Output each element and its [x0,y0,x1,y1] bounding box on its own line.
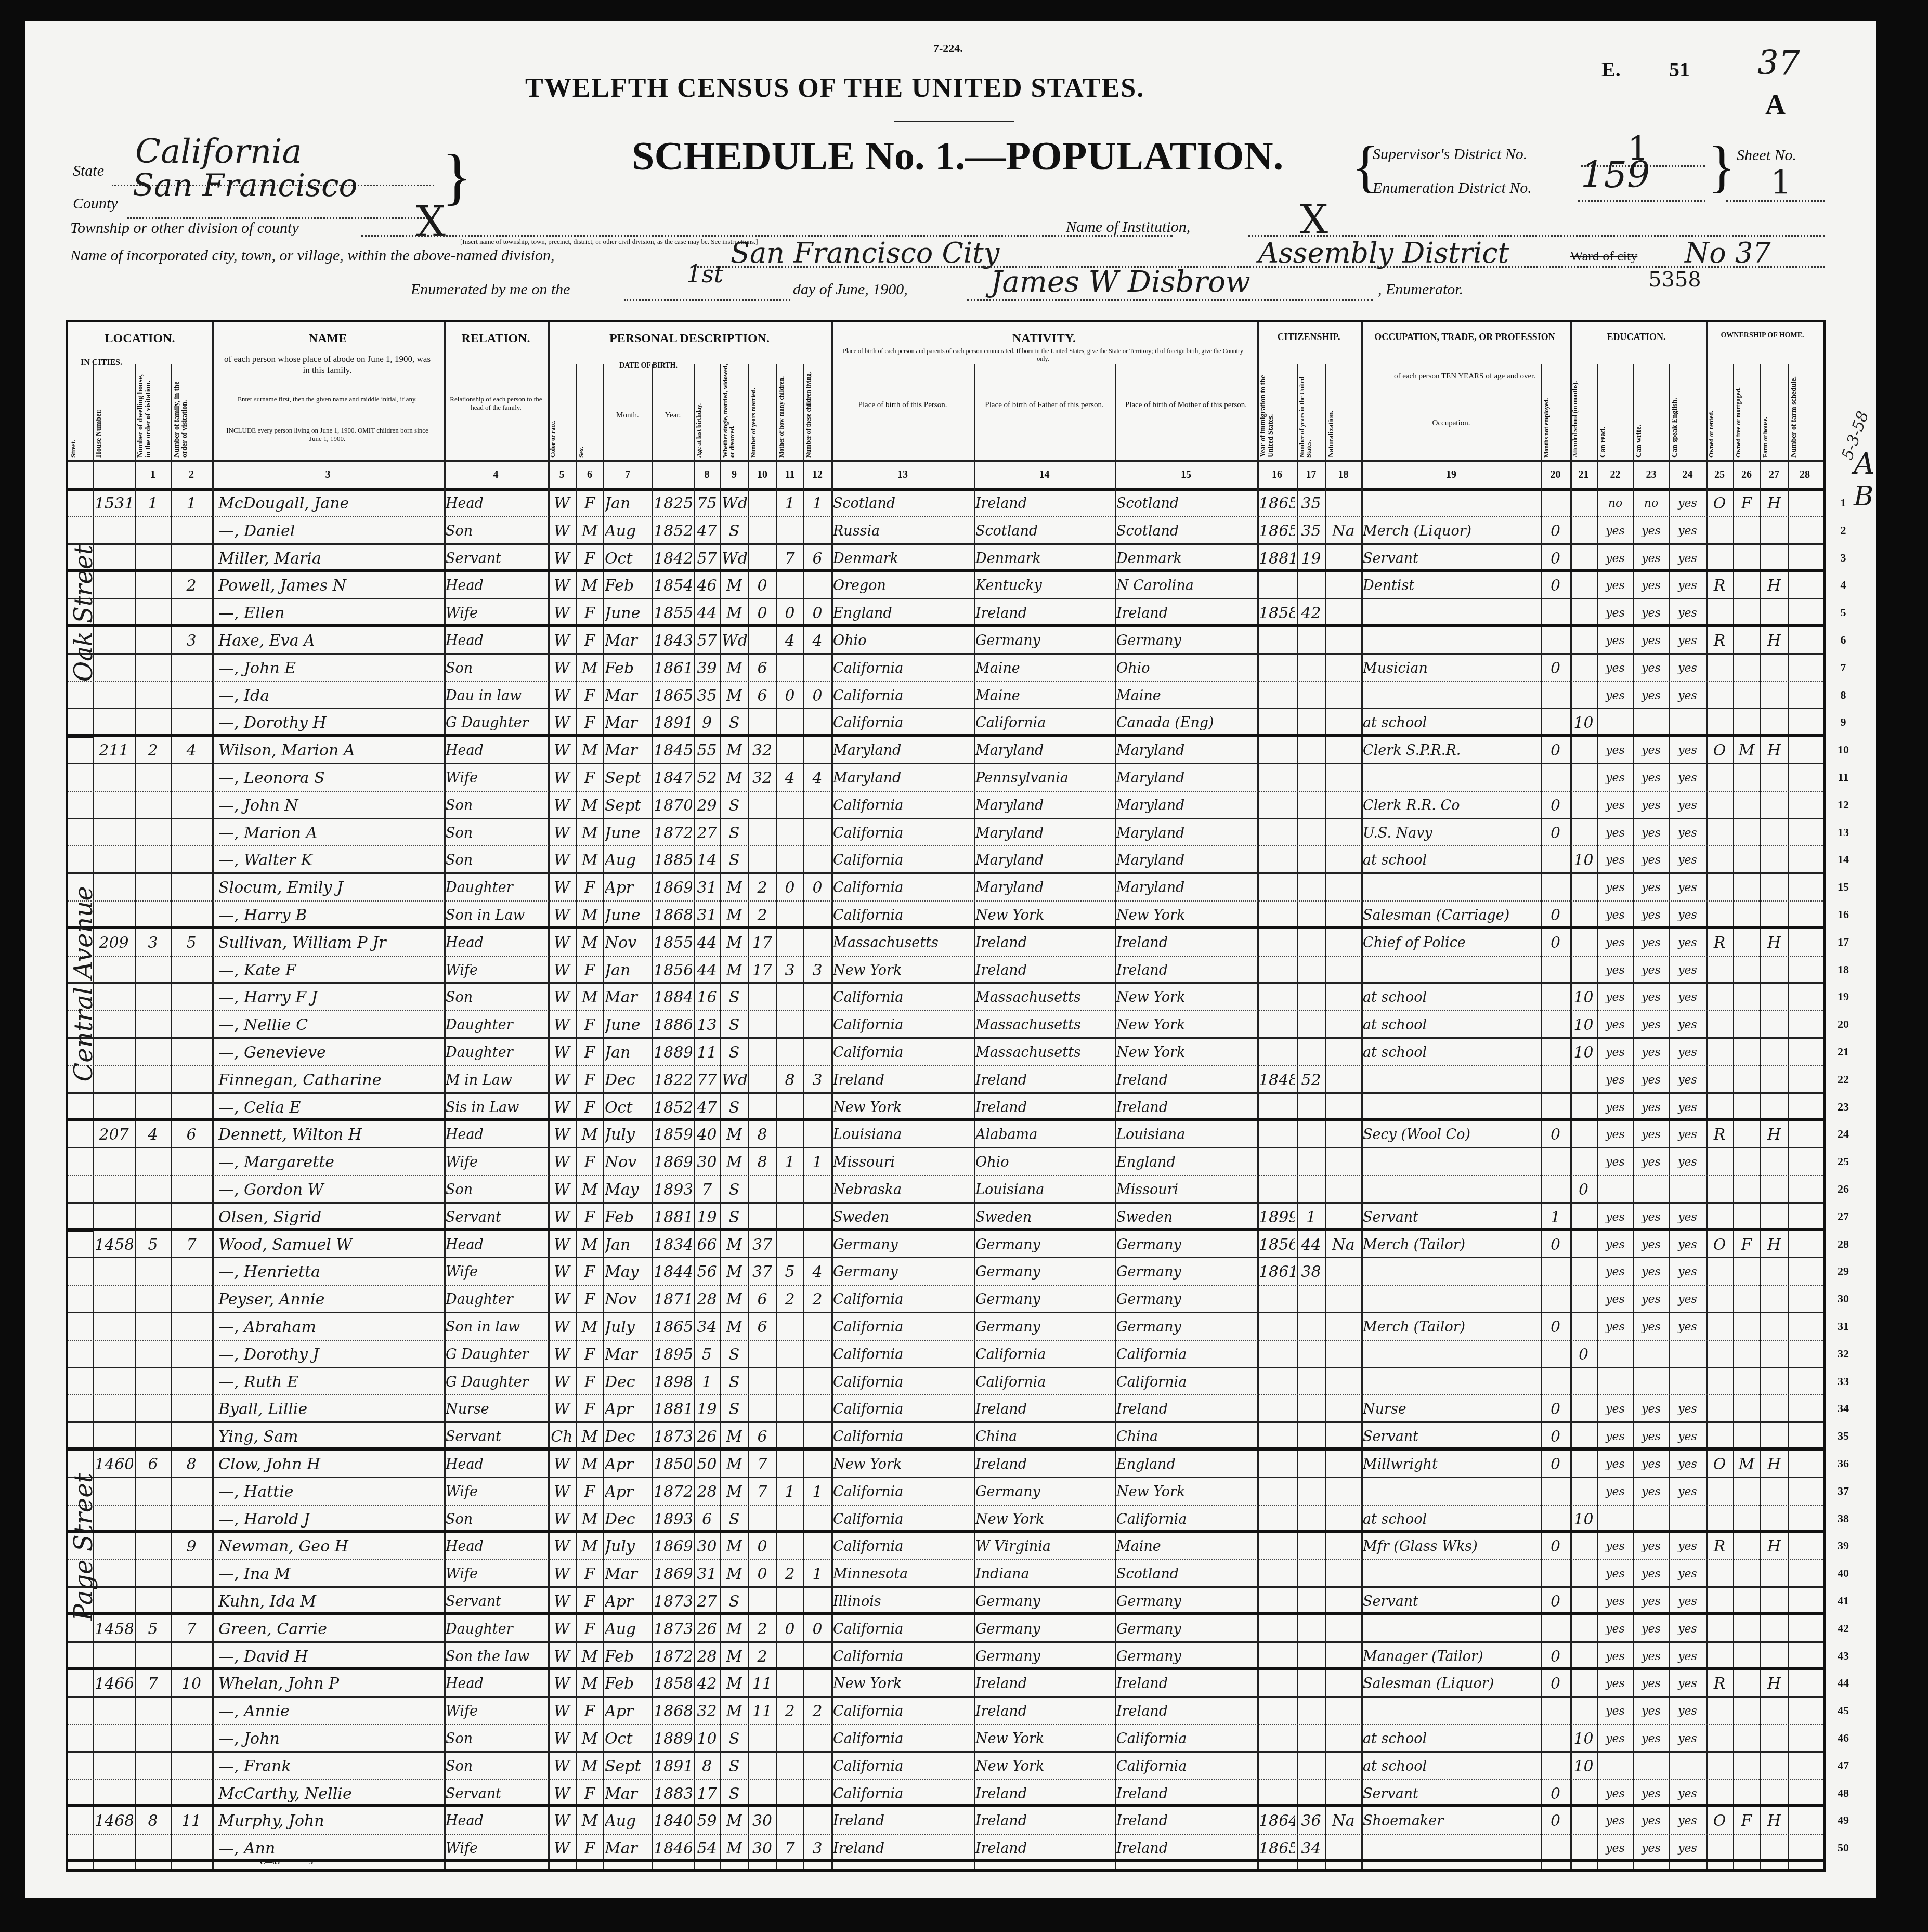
in-cities-label: IN CITIES. [68,358,135,368]
cell-sex: F [578,547,602,571]
cell-rel: Servant [446,1425,546,1449]
cell-imm [1259,931,1295,955]
cell-age: 13 [695,1013,719,1037]
cell-sex: F [578,766,602,790]
cell-house [95,1645,133,1669]
cell-read: yes [1599,1068,1632,1092]
cell-yrs [750,1013,775,1037]
column-header: Whether single, married, widowed, or div… [722,364,746,458]
cell-mpob: Ireland [1116,1398,1256,1421]
cell-school [1571,1645,1596,1669]
cell-mother [778,1096,802,1120]
column-header: Owned free or mortgaged. [1735,364,1758,458]
cell-name: Powell, James N [213,574,448,598]
cell-farm: H [1762,492,1787,516]
cell-marital: M [722,1672,747,1696]
cell-fpob: New York [975,904,1113,928]
cell-year: 1872 [654,821,692,845]
cell-rel: Wife [446,1480,546,1504]
cell-yrsus [1298,766,1324,790]
cell-house [95,1260,133,1284]
cell-year: 1868 [654,904,692,928]
cell-fam [173,1013,210,1037]
cell-yrsus: 19 [1298,547,1324,571]
page-number: 37 [1757,44,1800,83]
cell-mpob: Maryland [1116,876,1256,900]
cell-write: yes [1635,1453,1668,1477]
cell-farm [1762,1343,1787,1367]
cell-mpob: Germany [1116,1233,1256,1257]
cell-fpob: Ireland [975,1068,1113,1092]
cell-yrs: 7 [750,1480,775,1504]
cell-month: Mar [605,1782,650,1806]
cell-own [1708,794,1731,818]
cell-nat [1327,1590,1360,1614]
cell-fpob: Alabama [975,1123,1113,1147]
cell-fam [173,986,210,1010]
cell-free [1735,1123,1758,1147]
cell-imm: 1881 [1259,547,1295,571]
cell-mother: 7 [778,547,802,571]
table-row: 146068Clow, John HHeadWMApr185050M7New Y… [68,1451,1823,1478]
cell-read: yes [1599,547,1632,571]
cell-month: May [605,1178,650,1202]
cell-living [805,1590,830,1614]
cell-nat [1327,1755,1360,1779]
cell-school [1571,602,1596,625]
cell-mother [778,904,802,928]
cell-sched [1790,1398,1820,1421]
cell-age: 17 [695,1782,719,1806]
column-number: 2 [171,469,212,481]
cell-rel: Son [446,1508,546,1532]
cell-living [805,821,830,845]
cell-pob: Germany [833,1233,972,1257]
cell-own: R [1708,1672,1731,1696]
cell-sched [1790,1727,1820,1751]
cell-house [95,959,133,983]
cell-living [805,1370,830,1394]
cell-mother [778,1535,802,1559]
cell-yrsus: 35 [1298,492,1324,516]
cell-read: yes [1599,1562,1632,1586]
cell-mpob: England [1116,1453,1256,1477]
cell-write: yes [1635,1013,1668,1037]
cell-marital: S [722,519,747,543]
cell-free [1735,602,1758,625]
cell-school [1571,794,1596,818]
cell-occ: at school [1363,711,1540,735]
cell-marital: Wd [722,629,747,653]
cell-pob: California [833,1343,972,1367]
cell-own: R [1708,1535,1731,1559]
cell-yrs [750,1178,775,1202]
cell-read: yes [1599,1645,1632,1669]
cell-unemp: 0 [1543,1315,1568,1339]
cell-month: Mar [605,684,650,708]
cell-imm [1259,1370,1295,1394]
cell-unemp [1543,684,1568,708]
cell-year: 1891 [654,1755,692,1779]
cell-pob: California [833,848,972,872]
cell-dw [136,876,170,900]
census-title: TWELFTH CENSUS OF THE UNITED STATES. [525,73,1144,103]
cell-yrs: 0 [750,1562,775,1586]
cell-free [1735,1562,1758,1586]
cell-mother: 5 [778,1260,802,1284]
cell-rel: Head [446,1453,546,1477]
cell-pob: Sweden [833,1206,972,1230]
cell-farm [1762,1480,1787,1504]
cell-sex: M [578,1727,602,1751]
cell-free [1735,794,1758,818]
cell-nat [1327,1260,1360,1284]
cell-unemp: 0 [1543,739,1568,763]
cell-name: —, Hattie [213,1480,448,1504]
cell-fpob: New York [975,1755,1113,1779]
cell-dw [136,1755,170,1779]
cell-fam [173,1096,210,1120]
cell-year: 1884 [654,986,692,1010]
cell-write: yes [1635,574,1668,598]
line-number: 50 [1833,1841,1854,1855]
cell-yrs [750,547,775,571]
cell-free [1735,1425,1758,1449]
cell-marital: M [722,1700,747,1724]
cell-mother [778,739,802,763]
cell-nat [1327,1398,1360,1421]
cell-mother [778,711,802,735]
cell-occ [1363,959,1540,983]
line-number: 18 [1833,963,1854,976]
cell-yrs: 11 [750,1700,775,1724]
cell-imm [1259,1562,1295,1586]
cell-fam [173,1370,210,1394]
cell-rel: Head [446,1123,546,1147]
cell-rel: Son [446,986,546,1010]
column-header: Age at last birthday. [696,364,718,458]
cell-month: Jan [605,1233,650,1257]
cell-year: 1842 [654,547,692,571]
cell-free [1735,1617,1758,1641]
cell-year: 1898 [654,1370,692,1394]
cell-sched [1790,684,1820,708]
cell-mpob: China [1116,1425,1256,1449]
cell-dw: 2 [136,739,170,763]
cell-yrs: 2 [750,1645,775,1669]
cell-fam [173,684,210,708]
table-row: —, HenriettaWifeWFMay184456M3754GermanyG… [68,1258,1823,1286]
cell-fam [173,1700,210,1724]
cell-mpob: Canada (Eng) [1116,711,1256,735]
cell-color: W [549,574,575,598]
cell-own [1708,1151,1731,1174]
cell-fam: 7 [173,1233,210,1257]
cell-read [1599,1343,1632,1367]
cell-read: no [1599,492,1632,516]
cell-color: W [549,931,575,955]
cell-pob: California [833,1645,972,1669]
cell-nat [1327,1617,1360,1641]
cell-mpob: California [1116,1343,1256,1367]
cell-house [95,1727,133,1751]
cell-fpob: Germany [975,1480,1113,1504]
cell-free [1735,574,1758,598]
cell-school: 10 [1571,711,1596,735]
cell-pob: California [833,1782,972,1806]
cell-age: 59 [695,1809,719,1833]
cell-rel: Son [446,821,546,845]
cell-dw [136,547,170,571]
cell-sex: F [578,1700,602,1724]
cell-sched [1790,657,1820,681]
cell-age: 75 [695,492,719,516]
cell-fpob: Maryland [975,794,1113,818]
cell-write: yes [1635,1700,1668,1724]
cell-year: 1873 [654,1590,692,1614]
column-header: Can read. [1599,364,1631,458]
cell-pob: California [833,1013,972,1037]
cell-sex: F [578,1398,602,1421]
cell-marital: M [722,1617,747,1641]
cell-month: Apr [605,1590,650,1614]
column-header: Place of birth of this Person. [835,400,971,410]
cell-eng: yes [1671,848,1704,872]
cell-dw [136,1096,170,1120]
cell-nat [1327,1727,1360,1751]
cell-name: —, Abraham [213,1315,448,1339]
cell-marital: M [722,766,747,790]
cell-mother [778,519,802,543]
table-row: —, Dorothy JG DaughterWFMar18955SCalifor… [68,1341,1823,1368]
line-number: 25 [1833,1155,1854,1168]
cell-read: yes [1599,766,1632,790]
cell-yrsus [1298,904,1324,928]
line-number: 13 [1833,826,1854,839]
cell-occ: Servant [1363,1206,1540,1230]
cell-month: July [605,1315,650,1339]
cell-name: Sullivan, William P Jr [213,931,448,955]
column-number: 26 [1733,469,1760,481]
cell-write [1635,1343,1668,1367]
cell-color: W [549,1123,575,1147]
cell-occ: Merch (Liquor) [1363,519,1540,543]
cell-free [1735,1508,1758,1532]
cell-yrsus [1298,1727,1324,1751]
cell-sched [1790,1370,1820,1394]
cell-yrsus: 38 [1298,1260,1324,1284]
township-label: Township or other division of county [70,219,299,237]
cell-own [1708,1480,1731,1504]
cell-year: 1886 [654,1013,692,1037]
cell-sched [1790,1782,1820,1806]
cell-eng: yes [1671,1617,1704,1641]
cell-yrs: 37 [750,1233,775,1257]
cell-sex: M [578,1425,602,1449]
group-personal: PERSONAL DESCRIPTION. [548,332,831,346]
cell-month: Oct [605,1727,650,1751]
cell-write: yes [1635,1590,1668,1614]
cell-marital: S [722,986,747,1010]
enumerated-label: Enumerated by me on the [411,281,570,298]
cell-marital: S [722,1206,747,1230]
cell-color: W [549,1453,575,1477]
column-number: 9 [720,469,748,481]
cell-color: W [549,1562,575,1586]
cell-yrsus [1298,1288,1324,1312]
cell-yrsus [1298,986,1324,1010]
cell-eng: yes [1671,904,1704,928]
cell-house [95,519,133,543]
cell-mpob: Ireland [1116,1782,1256,1806]
cell-yrsus: 36 [1298,1809,1324,1833]
cell-write: yes [1635,1645,1668,1669]
cell-yrs [750,848,775,872]
cell-school [1571,1260,1596,1284]
cell-color: W [549,1013,575,1037]
ed-line [1578,200,1705,202]
cell-school [1571,1398,1596,1421]
cell-sched [1790,766,1820,790]
cell-read: yes [1599,1480,1632,1504]
group-relation: RELATION. [444,332,548,346]
cell-yrs [750,986,775,1010]
cell-write: yes [1635,657,1668,681]
line-number: 37 [1833,1484,1854,1498]
line-number: 31 [1833,1320,1854,1333]
cell-farm [1762,684,1787,708]
cell-occ: Shoemaker [1363,1809,1540,1833]
cell-write: yes [1635,1041,1668,1065]
line-number: 7 [1833,661,1854,674]
cell-yrs: 2 [750,876,775,900]
cell-marital: M [722,1562,747,1586]
cell-read [1599,1178,1632,1202]
cell-read: yes [1599,629,1632,653]
cell-fam [173,1755,210,1779]
cell-yrsus [1298,1370,1324,1394]
cell-sched [1790,547,1820,571]
column-number: 17 [1297,469,1325,481]
cell-eng: yes [1671,1096,1704,1120]
cell-unemp [1543,629,1568,653]
cell-unemp [1543,1370,1568,1394]
column-number: 10 [748,469,776,481]
cell-eng: yes [1671,876,1704,900]
street-name: Oak Street [69,490,92,737]
cell-read: yes [1599,1288,1632,1312]
stamp-letter: E. [1601,57,1621,82]
cell-free: M [1735,739,1758,763]
cell-name: —, Ida [213,684,448,708]
cell-color: W [549,1480,575,1504]
cell-eng: yes [1671,1562,1704,1586]
cell-own [1708,1096,1731,1120]
table-row: 20746Dennett, Wilton HHeadWMJuly185940M8… [68,1121,1823,1148]
cell-age: 39 [695,657,719,681]
cell-yrs [750,1370,775,1394]
cell-free [1735,1315,1758,1339]
cell-mpob: California [1116,1755,1256,1779]
cell-living [805,1535,830,1559]
cell-living [805,1727,830,1751]
cell-pob: Missouri [833,1151,972,1174]
cell-mother [778,1425,802,1449]
cell-occ: Merch (Tailor) [1363,1233,1540,1257]
street-name: Central Avenue [69,737,92,1231]
cell-year: 1895 [654,1343,692,1367]
cell-name: —, Daniel [213,519,448,543]
table-row: —, Dorothy HG DaughterWFMar18919SCalifor… [68,709,1823,737]
cell-rel: Dau in law [446,684,546,708]
cell-color: W [549,1590,575,1614]
cell-farm [1762,1782,1787,1806]
cell-color: W [549,1809,575,1833]
cell-yrs [750,1398,775,1421]
cell-yrs: 0 [750,574,775,598]
cell-farm [1762,1096,1787,1120]
cell-mother [778,1178,802,1202]
cell-sched [1790,1096,1820,1120]
cell-fpob: Ireland [975,1453,1113,1477]
cell-free: M [1735,1453,1758,1477]
cell-eng: yes [1671,629,1704,653]
cell-living [805,1233,830,1257]
cell-free [1735,1206,1758,1230]
cell-occ: at school [1363,1013,1540,1037]
cell-mpob: Scotland [1116,1562,1256,1586]
cell-mpob: Maryland [1116,794,1256,818]
cell-living: 3 [805,1837,830,1861]
cell-mother [778,1123,802,1147]
cell-fpob: Massachusetts [975,986,1113,1010]
cell-school [1571,1123,1596,1147]
cell-nat [1327,904,1360,928]
cell-unemp [1543,848,1568,872]
cell-own [1708,657,1731,681]
cell-imm [1259,1425,1295,1449]
cell-mother: 1 [778,1151,802,1174]
street-divider [68,1229,93,1232]
cell-unemp [1543,1562,1568,1586]
cell-sex: F [578,1782,602,1806]
column-number: 14 [974,469,1115,481]
table-row: —, MargaretteWifeWFNov186930M811Missouri… [68,1148,1823,1176]
cell-free [1735,1535,1758,1559]
cell-living: 1 [805,492,830,516]
cell-fam: 2 [173,574,210,598]
column-header: Number of family, in the order of visita… [173,372,210,458]
cell-mother [778,1508,802,1532]
cell-marital: S [722,1782,747,1806]
table-row: 3Haxe, Eva AHeadWFMar184357Wd44OhioGerma… [68,627,1823,655]
column-header: Year. [655,411,691,421]
table-row: —, Marion ASonWMJune187227SCaliforniaMar… [68,819,1823,847]
cell-sched [1790,794,1820,818]
cell-dw [136,1590,170,1614]
cell-school [1571,904,1596,928]
cell-fam [173,1315,210,1339]
cell-dw [136,1151,170,1174]
cell-sex: M [578,1315,602,1339]
cell-occ [1363,1617,1540,1641]
cell-month: Feb [605,1645,650,1669]
cell-school [1571,492,1596,516]
cell-marital: S [722,1343,747,1367]
cell-year: 1861 [654,657,692,681]
cell-month: Dec [605,1425,650,1449]
cell-color: W [549,1700,575,1724]
